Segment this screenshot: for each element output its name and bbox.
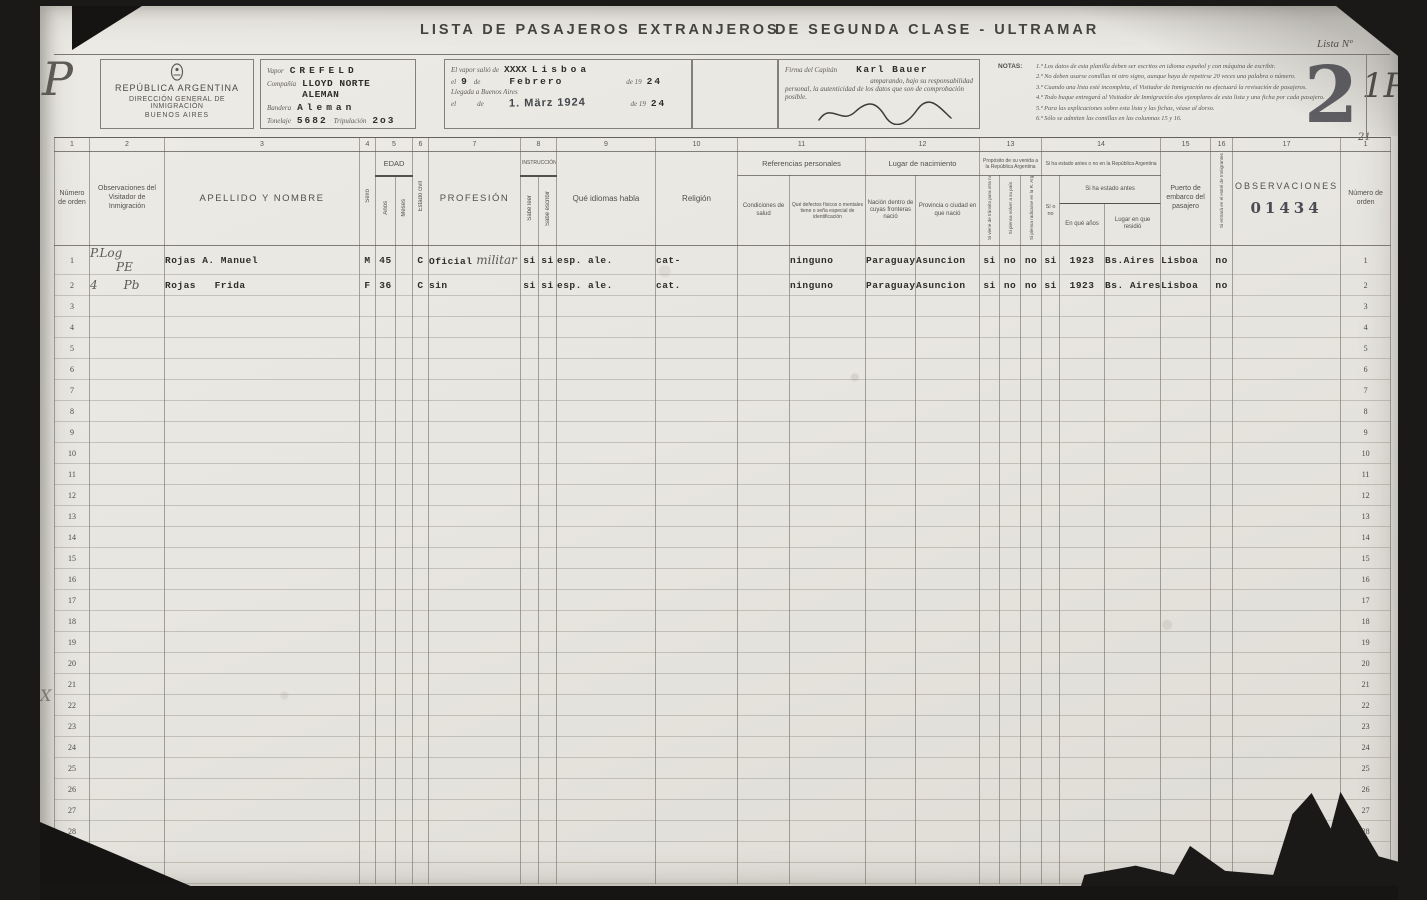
cell-hp (738, 317, 790, 338)
cell-obsv (1233, 296, 1341, 317)
cell-am (396, 758, 413, 779)
cell-wr (539, 443, 557, 464)
cell-hp (738, 716, 790, 737)
cell-port (1161, 569, 1211, 590)
row-number-left: 22 (55, 695, 90, 716)
cell-sex (360, 548, 376, 569)
cell-observaciones-visitador (90, 758, 165, 779)
cell-p2 (1000, 506, 1021, 527)
cell-rd (521, 842, 539, 863)
argentina-crest-icon (169, 63, 185, 81)
cell-sex (360, 296, 376, 317)
cell-rel (656, 464, 738, 485)
cell-obsv (1233, 527, 1341, 548)
cell-p3 (1021, 632, 1042, 653)
cell-lang (557, 359, 656, 380)
departure-year: 24 (647, 76, 662, 87)
cell-yr (1060, 401, 1105, 422)
cell-profesion (429, 863, 521, 884)
cell-bb (1042, 611, 1060, 632)
column-number-row: 1 2 3 4 5 6 7 8 9 10 11 12 13 14 15 16 1… (55, 138, 1391, 152)
col-number: 17 (1233, 138, 1341, 152)
cell-p3 (1021, 758, 1042, 779)
cell-port (1161, 611, 1211, 632)
cell-hot (1211, 842, 1233, 863)
cell-hp (738, 422, 790, 443)
col-number: 8 (521, 138, 557, 152)
header-sexo: Sexo (360, 152, 376, 246)
cell-am (396, 338, 413, 359)
cell-def (790, 842, 866, 863)
cell-p1 (980, 380, 1000, 401)
cell-civ (413, 569, 429, 590)
header-defectos: Qué defectos físicos o mentales tiene o … (790, 176, 866, 246)
col-number: 1 (55, 138, 90, 152)
scan-bottom-edge (40, 886, 1398, 900)
cell-yr (1060, 359, 1105, 380)
cell-p1 (980, 485, 1000, 506)
cell-hp (738, 506, 790, 527)
row-number-left: 13 (55, 506, 90, 527)
cell-am (396, 590, 413, 611)
cell-res (1105, 611, 1161, 632)
cell-rd (521, 569, 539, 590)
cell-rd (521, 758, 539, 779)
departure-day: 9 (461, 76, 469, 87)
table-row: 33 (55, 296, 1391, 317)
cell-rel (656, 338, 738, 359)
cell-p3: no (1021, 246, 1042, 275)
header-sabe-escribir: Sabe escribir (539, 176, 557, 246)
cell-hp (738, 779, 790, 800)
cell-res (1105, 653, 1161, 674)
row-number-right: 4 (1341, 317, 1391, 338)
cell-p1: si (980, 275, 1000, 296)
cell-nat (866, 653, 916, 674)
cell-obsv (1233, 485, 1341, 506)
cell-ay (376, 821, 396, 842)
row-number-right: 24 (1341, 737, 1391, 758)
cell-name (165, 380, 360, 401)
header-proposito-3: Si piensa radicarse en la R. Argentina (1021, 176, 1042, 246)
cell-observaciones-visitador (90, 401, 165, 422)
cell-nat: Paraguay (866, 246, 916, 275)
row-number-left: 25 (55, 758, 90, 779)
agency-dept: DIRECCIÓN GENERAL DE INMIGRACIÓN (107, 96, 247, 110)
cell-rel (656, 821, 738, 842)
cell-def (790, 674, 866, 695)
cell-nat (866, 569, 916, 590)
header-instruccion-group: INSTRUCCIÓN (521, 152, 557, 176)
cell-rel (656, 443, 738, 464)
cell-p3 (1021, 422, 1042, 443)
cell-city (916, 527, 980, 548)
table-row: 1515 (55, 548, 1391, 569)
cell-hp (738, 246, 790, 275)
cell-ay (376, 506, 396, 527)
cell-ay (376, 674, 396, 695)
cell-port (1161, 590, 1211, 611)
cell-yr: 1923 (1060, 275, 1105, 296)
cell-profesion (429, 590, 521, 611)
cell-p1 (980, 548, 1000, 569)
cell-rel (656, 653, 738, 674)
vapor-value: CREFELD (290, 65, 358, 76)
el-label: el (451, 78, 456, 86)
cell-port (1161, 779, 1211, 800)
cell-p2 (1000, 821, 1021, 842)
row-number-left: 1 (55, 246, 90, 275)
cell-city (916, 653, 980, 674)
row-number-right: 12 (1341, 485, 1391, 506)
table-row: 2323 (55, 716, 1391, 737)
cell-p3 (1021, 842, 1042, 863)
cell-p3 (1021, 338, 1042, 359)
cell-p2 (1000, 527, 1021, 548)
row-number-left: 6 (55, 359, 90, 380)
cell-res (1105, 821, 1161, 842)
cell-rel (656, 317, 738, 338)
cell-p2 (1000, 737, 1021, 758)
row-number-right: 2 (1341, 275, 1391, 296)
cell-p2 (1000, 590, 1021, 611)
cell-p3 (1021, 569, 1042, 590)
cell-p2 (1000, 338, 1021, 359)
cell-hot (1211, 737, 1233, 758)
cell-def (790, 695, 866, 716)
cell-def (790, 317, 866, 338)
cell-hot (1211, 401, 1233, 422)
col-number: 2 (90, 138, 165, 152)
cell-observaciones-visitador (90, 485, 165, 506)
cell-p1 (980, 779, 1000, 800)
cell-rel (656, 296, 738, 317)
cell-obsv (1233, 569, 1341, 590)
cell-p3 (1021, 737, 1042, 758)
cell-ay (376, 338, 396, 359)
cell-rel (656, 800, 738, 821)
cell-civ (413, 821, 429, 842)
cell-sex (360, 317, 376, 338)
cell-ay (376, 800, 396, 821)
cell-sex: M (360, 246, 376, 275)
cell-wr (539, 338, 557, 359)
cell-profesion (429, 338, 521, 359)
cell-hot (1211, 506, 1233, 527)
cell-wr (539, 590, 557, 611)
cell-city (916, 758, 980, 779)
cell-nat (866, 548, 916, 569)
table-row: 1717 (55, 590, 1391, 611)
cell-ay (376, 842, 396, 863)
cell-ay (376, 863, 396, 884)
cell-p3 (1021, 716, 1042, 737)
cell-hp (738, 401, 790, 422)
cell-sex (360, 842, 376, 863)
header-referencias-group: Referencias personales (738, 152, 866, 176)
cell-nat (866, 422, 916, 443)
cell-nat (866, 842, 916, 863)
cell-p1 (980, 716, 1000, 737)
cell-bb (1042, 821, 1060, 842)
col-number: 4 (360, 138, 376, 152)
row-number-right: 22 (1341, 695, 1391, 716)
cell-yr: 1923 (1060, 246, 1105, 275)
cell-hp (738, 485, 790, 506)
row-number-left: 9 (55, 422, 90, 443)
cell-p2 (1000, 653, 1021, 674)
cell-ay (376, 359, 396, 380)
row-number-left: 7 (55, 380, 90, 401)
cell-hot (1211, 779, 1233, 800)
table-row: 1313 (55, 506, 1391, 527)
cell-city (916, 716, 980, 737)
cell-rd (521, 338, 539, 359)
cell-rel (656, 737, 738, 758)
cell-lang (557, 737, 656, 758)
cell-profesion (429, 380, 521, 401)
cell-lang (557, 485, 656, 506)
cell-p3 (1021, 380, 1042, 401)
cell-def (790, 527, 866, 548)
header-religion: Religión (656, 152, 738, 246)
cell-profesion (429, 485, 521, 506)
cell-hot (1211, 464, 1233, 485)
cell-hp (738, 632, 790, 653)
cell-rel (656, 401, 738, 422)
table-row: 2020 (55, 653, 1391, 674)
cell-rel (656, 611, 738, 632)
cell-lang (557, 569, 656, 590)
cell-p1 (980, 863, 1000, 884)
row-number-left: 11 (55, 464, 90, 485)
row-number-left: 10 (55, 443, 90, 464)
cell-hp (738, 359, 790, 380)
cell-lang (557, 821, 656, 842)
cell-lang (557, 674, 656, 695)
cell-hp (738, 527, 790, 548)
cell-ay (376, 485, 396, 506)
cell-port (1161, 317, 1211, 338)
cell-res (1105, 716, 1161, 737)
cell-am (396, 317, 413, 338)
cell-res (1105, 632, 1161, 653)
cell-port (1161, 674, 1211, 695)
row-number-left: 20 (55, 653, 90, 674)
cell-lang (557, 506, 656, 527)
col-number: 7 (429, 138, 521, 152)
cell-hot (1211, 590, 1233, 611)
cell-hp (738, 569, 790, 590)
captain-clause-1: amparando, bajo su responsabilidad (785, 77, 973, 85)
cell-rd (521, 548, 539, 569)
cell-res (1105, 464, 1161, 485)
cell-def (790, 296, 866, 317)
cell-hot (1211, 695, 1233, 716)
table-row: 44 (55, 317, 1391, 338)
table-row: 2626 (55, 779, 1391, 800)
cell-nat (866, 590, 916, 611)
cell-p2: no (1000, 275, 1021, 296)
cell-def (790, 443, 866, 464)
cell-p1 (980, 653, 1000, 674)
cell-ay (376, 569, 396, 590)
cell-p2 (1000, 758, 1021, 779)
cell-civ (413, 779, 429, 800)
cell-p3 (1021, 359, 1042, 380)
cell-profesion (429, 821, 521, 842)
cell-p3 (1021, 548, 1042, 569)
cell-name (165, 443, 360, 464)
header-apellido-nombre: APELLIDO Y NOMBRE (165, 152, 360, 246)
cell-name (165, 653, 360, 674)
cell-nat (866, 464, 916, 485)
cell-def (790, 569, 866, 590)
cell-am (396, 443, 413, 464)
cell-name: Rojas A. Manuel (165, 246, 360, 275)
cell-port (1161, 527, 1211, 548)
cell-p1 (980, 296, 1000, 317)
cell-sex (360, 380, 376, 401)
captain-clause-2: personal, la autenticidad de los datos q… (785, 85, 973, 101)
cell-ay (376, 317, 396, 338)
table-row: 24PbRojas FridaF36Csinsisiesp. ale.cat.n… (55, 275, 1391, 296)
cell-p3 (1021, 443, 1042, 464)
cell-nat (866, 527, 916, 548)
cell-ay (376, 779, 396, 800)
cell-lang (557, 296, 656, 317)
cell-p3 (1021, 779, 1042, 800)
cell-bb (1042, 695, 1060, 716)
cell-observaciones-visitador (90, 296, 165, 317)
cell-ay (376, 380, 396, 401)
row-number-right: 18 (1341, 611, 1391, 632)
cell-res (1105, 296, 1161, 317)
row-number-left: 8 (55, 401, 90, 422)
col-number: 9 (557, 138, 656, 152)
header-hotel-inmigrantes: Si entrará en el Hotel de Inmigrantes ac… (1211, 152, 1233, 246)
cell-observaciones-visitador (90, 548, 165, 569)
cell-city (916, 296, 980, 317)
cell-sex (360, 758, 376, 779)
cell-lang (557, 611, 656, 632)
cell-name (165, 863, 360, 884)
cell-city (916, 464, 980, 485)
cell-hot (1211, 569, 1233, 590)
cell-civ (413, 296, 429, 317)
cell-wr (539, 422, 557, 443)
cell-ay: 45 (376, 246, 396, 275)
cell-hot (1211, 485, 1233, 506)
vapor-label: Vapor (267, 67, 284, 75)
cell-rd (521, 401, 539, 422)
cell-city (916, 590, 980, 611)
header-meses: Meses (396, 176, 413, 246)
cell-port (1161, 653, 1211, 674)
cell-profesion (429, 296, 521, 317)
cell-p2 (1000, 674, 1021, 695)
cell-lang (557, 401, 656, 422)
cell-p2: no (1000, 246, 1021, 275)
table-row: 1212 (55, 485, 1391, 506)
cell-hot (1211, 611, 1233, 632)
cell-p2 (1000, 380, 1021, 401)
cell-lang (557, 758, 656, 779)
bandera-value: Aleman (297, 102, 355, 113)
cell-res (1105, 527, 1161, 548)
cell-am (396, 632, 413, 653)
cell-nat (866, 338, 916, 359)
cell-def (790, 464, 866, 485)
header-profesion: PROFESIÓN (429, 152, 521, 246)
cell-p3 (1021, 695, 1042, 716)
cell-nat (866, 674, 916, 695)
row-number-left: 16 (55, 569, 90, 590)
cell-am (396, 401, 413, 422)
cell-bb (1042, 464, 1060, 485)
cell-nat (866, 611, 916, 632)
row-number-left: 4 (55, 317, 90, 338)
cell-p2 (1000, 863, 1021, 884)
cell-name (165, 800, 360, 821)
cell-hot (1211, 548, 1233, 569)
cell-wr (539, 380, 557, 401)
cell-port (1161, 737, 1211, 758)
cell-p2 (1000, 611, 1021, 632)
cell-port (1161, 464, 1211, 485)
cell-civ (413, 443, 429, 464)
cell-profesion (429, 506, 521, 527)
row-number-right: 23 (1341, 716, 1391, 737)
salio-label: El vapor salió de (451, 66, 499, 74)
cell-hp (738, 380, 790, 401)
cell-rel (656, 548, 738, 569)
cell-sex (360, 779, 376, 800)
cell-civ (413, 506, 429, 527)
row-number-right: 6 (1341, 359, 1391, 380)
cell-profesion (429, 674, 521, 695)
cell-hp (738, 275, 790, 296)
cell-p2 (1000, 464, 1021, 485)
cell-hp (738, 737, 790, 758)
cell-rd: si (521, 246, 539, 275)
cell-yr (1060, 317, 1105, 338)
cell-hot (1211, 653, 1233, 674)
cell-port (1161, 716, 1211, 737)
ship-box: Vapor CREFELD Compañía LLOYD NORTE ALEMA… (260, 59, 416, 129)
cell-yr (1060, 842, 1105, 863)
cell-nat (866, 779, 916, 800)
cell-wr: si (539, 275, 557, 296)
cell-profesion: Oficial militar (429, 246, 521, 275)
cell-def (790, 338, 866, 359)
arrival-year: 24 (651, 98, 666, 109)
cell-nat (866, 506, 916, 527)
cell-name (165, 695, 360, 716)
header-lugar-group: Lugar de nacimiento (866, 152, 980, 176)
cell-p1 (980, 464, 1000, 485)
header-proposito-2: Si piensa volver a su país (1000, 176, 1021, 246)
de19-label: de 19 (626, 78, 641, 86)
cell-p3 (1021, 653, 1042, 674)
row-number-left: 24 (55, 737, 90, 758)
cell-city (916, 443, 980, 464)
cell-p1 (980, 800, 1000, 821)
cell-p2 (1000, 842, 1021, 863)
cell-civ (413, 359, 429, 380)
cell-res (1105, 422, 1161, 443)
cell-bb (1042, 737, 1060, 758)
